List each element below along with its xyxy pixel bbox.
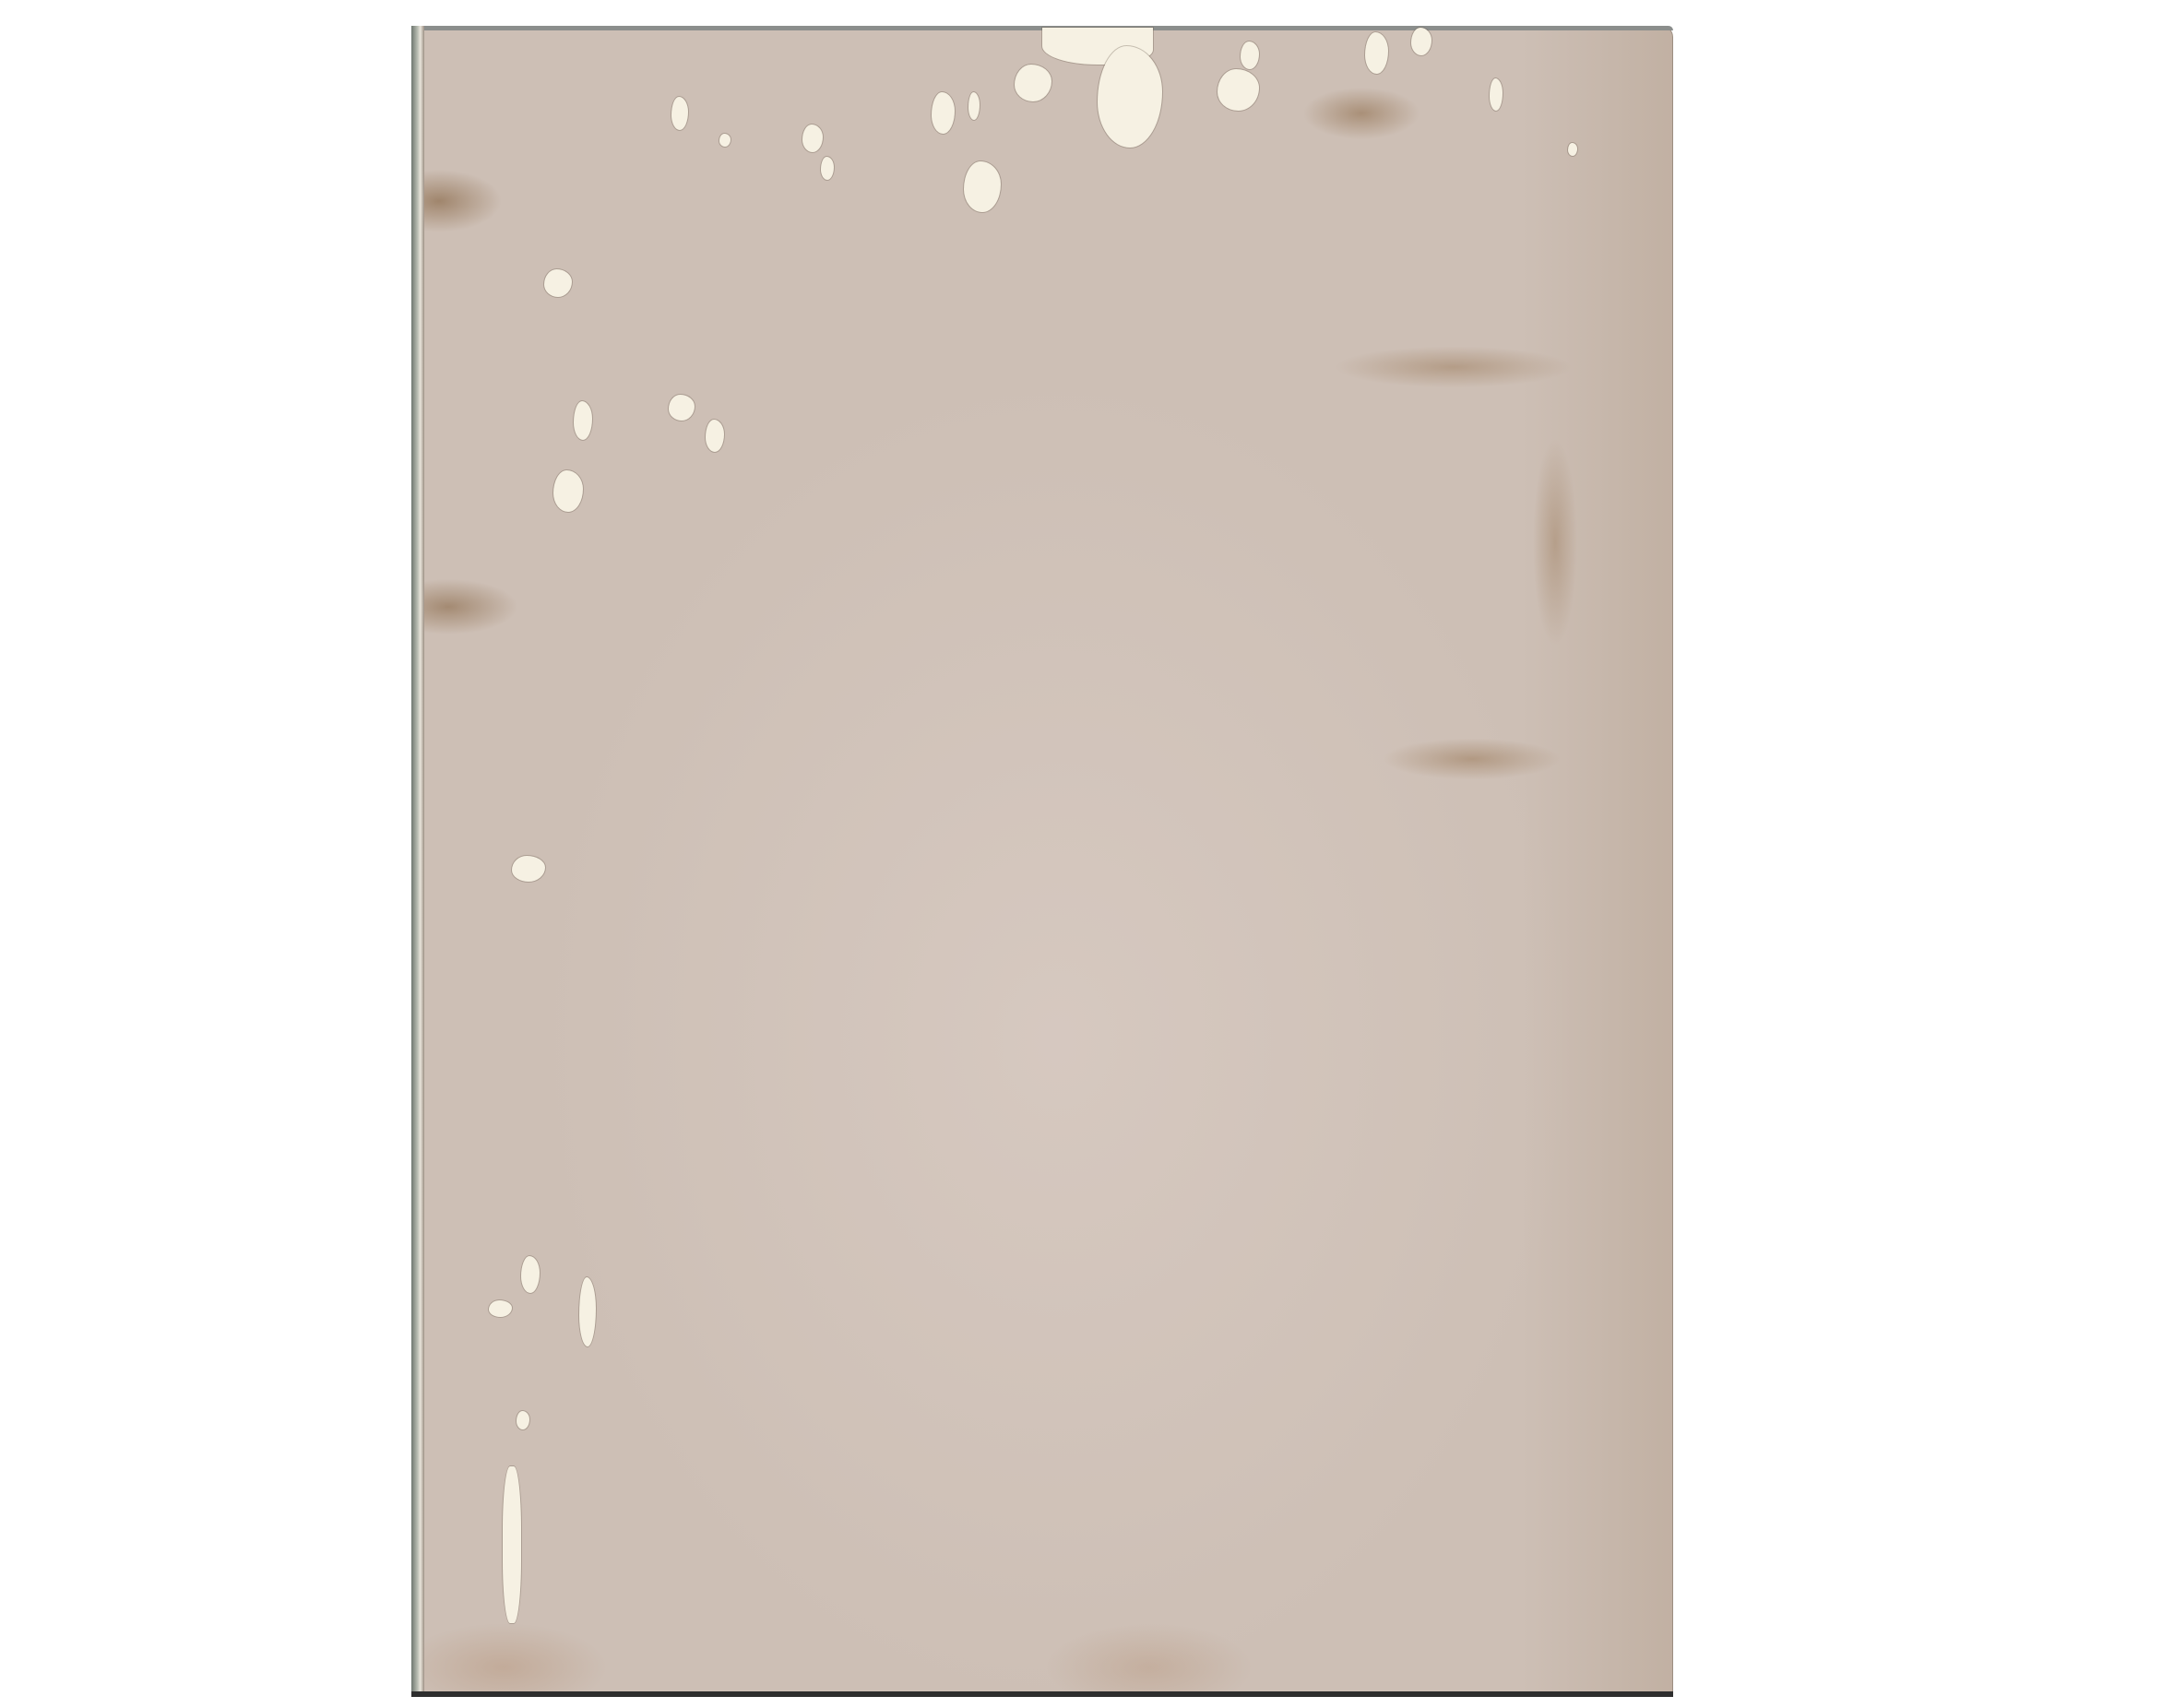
cover-bottom-edge	[411, 1691, 1673, 1697]
book-cover	[411, 26, 1673, 1697]
peeled-patch	[503, 1466, 521, 1623]
book-spine-edge	[411, 26, 424, 1697]
